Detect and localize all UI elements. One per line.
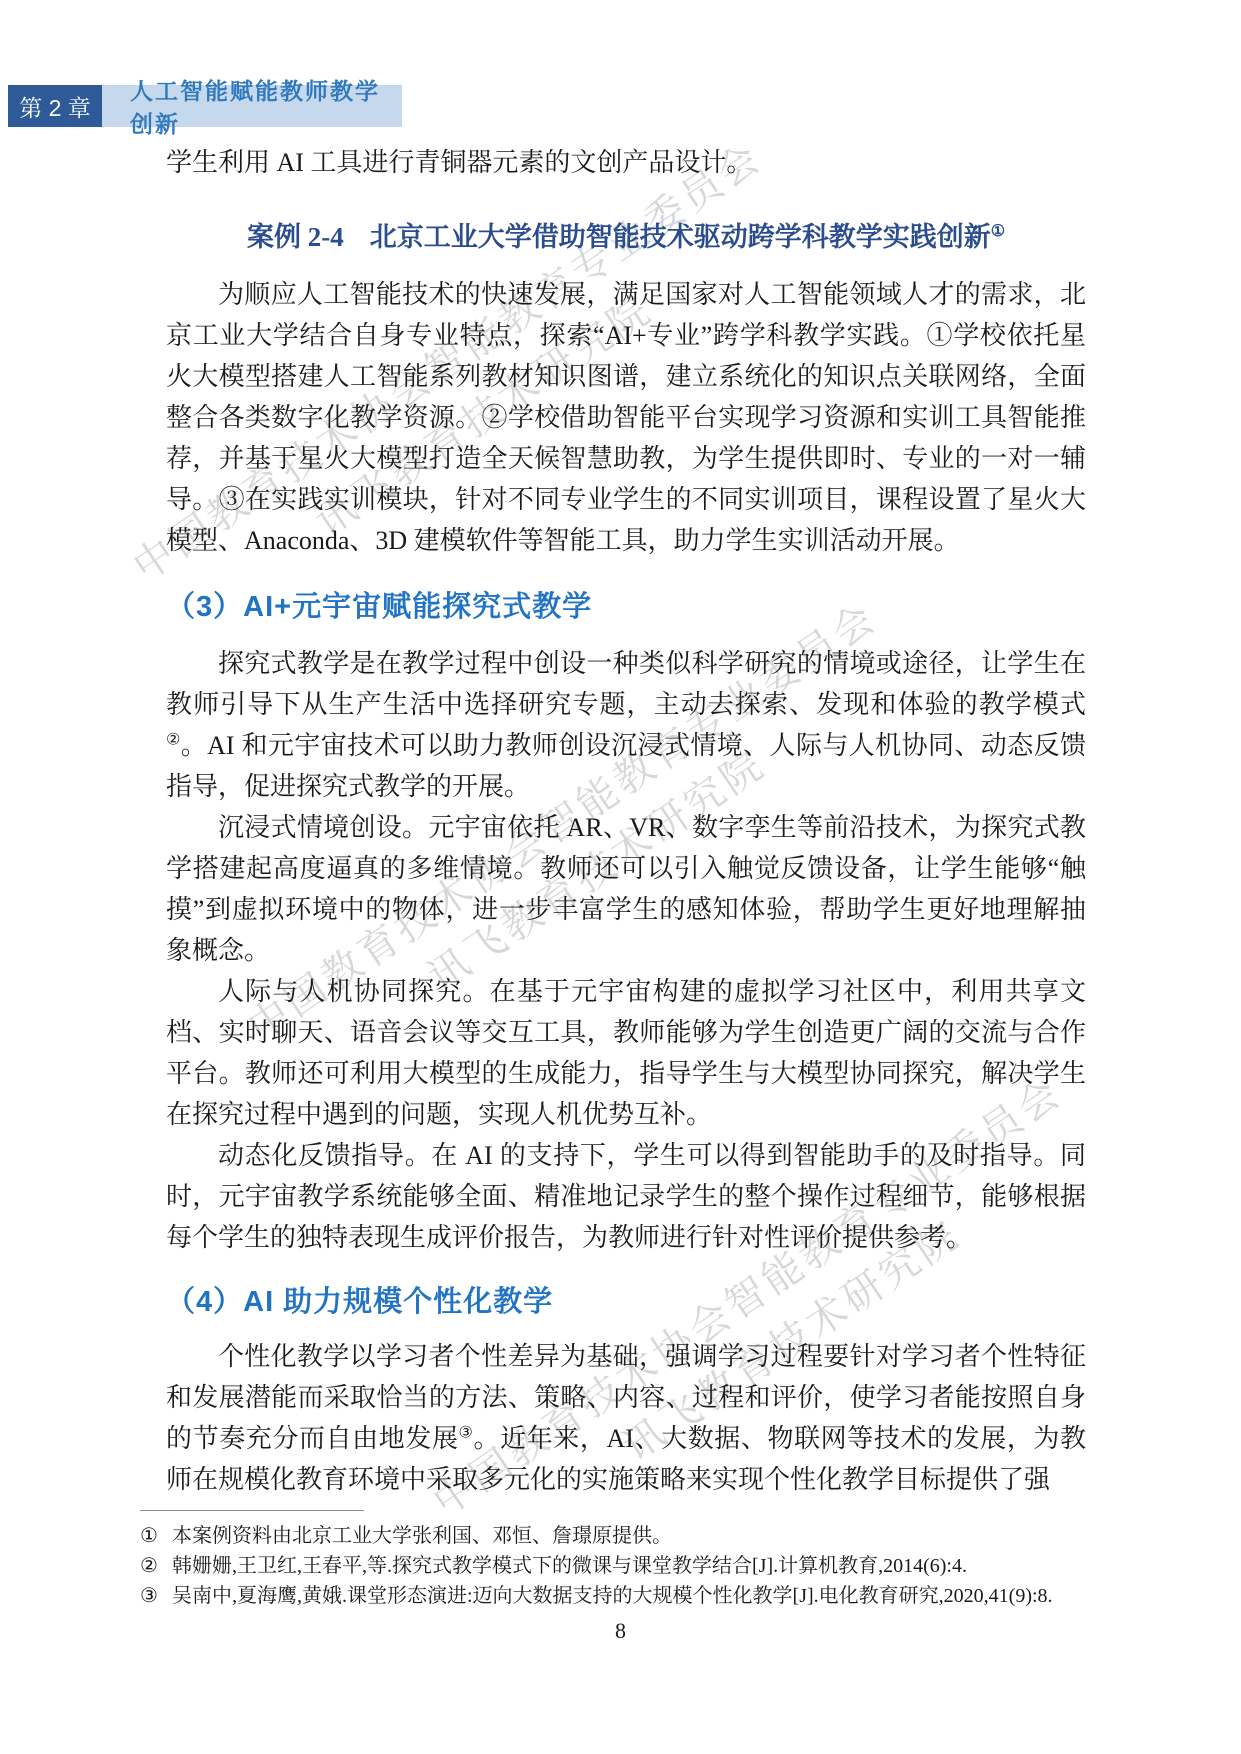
footnote-ref-3: ③ [459,1424,474,1441]
paragraph: 沉浸式情境创设。元宇宙依托 AR、VR、数字孪生等前沿技术，为探究式教学搭建起高… [166,807,1086,971]
main-text-column: 学生利用 AI 工具进行青铜器元素的文创产品设计。 案例 2-4北京工业大学借助… [166,142,1086,1500]
document-page: 中国教育技术协会智能教育专业委员会 讯飞教育技术研究院 中国教育技术协会智能教育… [0,0,1241,1754]
chapter-title-band: 人工智能赋能教师教学创新 [102,85,402,127]
footnote-item: ② 韩姗姗,王卫红,王春平,等.探究式教学模式下的微课与课堂教学结合[J].计算… [140,1551,1140,1581]
case-title: 北京工业大学借助智能技术驱动跨学科教学实践创新 [370,222,991,252]
chapter-number-badge: 第 2 章 [8,85,102,127]
footnote-divider [140,1510,364,1511]
section-heading-4: （4）AI 助力规模个性化教学 [166,1282,1086,1322]
footnote-text: 韩姗姗,王卫红,王春平,等.探究式教学模式下的微课与课堂教学结合[J].计算机教… [172,1551,1140,1581]
footnote-marker: ① [140,1521,172,1551]
footnote-item: ③ 吴南中,夏海鹰,黄娥.课堂形态演进:迈向大数据支持的大规模个性化教学[J].… [140,1581,1140,1611]
paragraph-text: 。AI 和元宇宙技术可以助力教师创设沉浸式情境、人际与人机协同、动态反馈指导，促… [166,731,1086,801]
paragraph-text: 探究式教学是在教学过程中创设一种类似科学研究的情境或途径，让学生在教师引导下从生… [166,649,1086,719]
case-heading: 案例 2-4北京工业大学借助智能技术驱动跨学科教学实践创新① [166,217,1086,258]
paragraph: 探究式教学是在教学过程中创设一种类似科学研究的情境或途径，让学生在教师引导下从生… [166,643,1086,807]
footnote-marker: ③ [140,1581,172,1611]
footnote-area: ① 本案例资料由北京工业大学张利国、邓恒、詹璟原提供。 ② 韩姗姗,王卫红,王春… [140,1510,1140,1611]
page-number: 8 [0,1618,1241,1644]
footnote-ref-2: ② [166,731,181,748]
footnote-marker: ② [140,1551,172,1581]
paragraph: 个性化教学以学习者个性差异为基础，强调学习过程要针对学习者个性特征和发展潜能而采… [166,1336,1086,1500]
footnote-text: 本案例资料由北京工业大学张利国、邓恒、詹璟原提供。 [172,1521,1140,1551]
footnote-text: 吴南中,夏海鹰,黄娥.课堂形态演进:迈向大数据支持的大规模个性化教学[J].电化… [172,1581,1140,1611]
footnote-item: ① 本案例资料由北京工业大学张利国、邓恒、詹璟原提供。 [140,1521,1140,1551]
paragraph-continuation: 学生利用 AI 工具进行青铜器元素的文创产品设计。 [166,142,1086,183]
paragraph: 人际与人机协同探究。在基于元宇宙构建的虚拟学习社区中，利用共享文档、实时聊天、语… [166,971,1086,1135]
section-heading-3: （3）AI+元宇宙赋能探究式教学 [166,587,1086,627]
case-paragraph: 为顺应人工智能技术的快速发展，满足国家对人工智能领域人才的需求，北京工业大学结合… [166,274,1086,561]
case-label: 案例 2-4 [247,222,344,252]
chapter-header: 第 2 章 人工智能赋能教师教学创新 [8,85,402,127]
paragraph: 动态化反馈指导。在 AI 的支持下，学生可以得到智能助手的及时指导。同时，元宇宙… [166,1135,1086,1258]
footnote-ref-1: ① [991,223,1005,240]
